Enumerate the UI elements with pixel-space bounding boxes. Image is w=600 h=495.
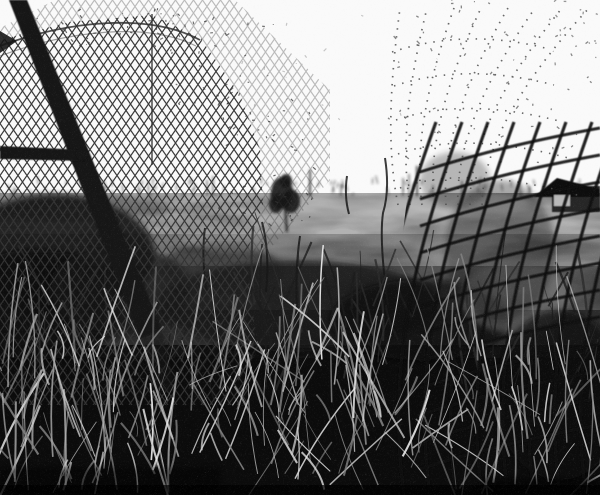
photo-broken-chain-link-fence: [0, 0, 600, 495]
photo-canvas: [0, 0, 600, 495]
film-grain-overlay: [0, 0, 600, 495]
